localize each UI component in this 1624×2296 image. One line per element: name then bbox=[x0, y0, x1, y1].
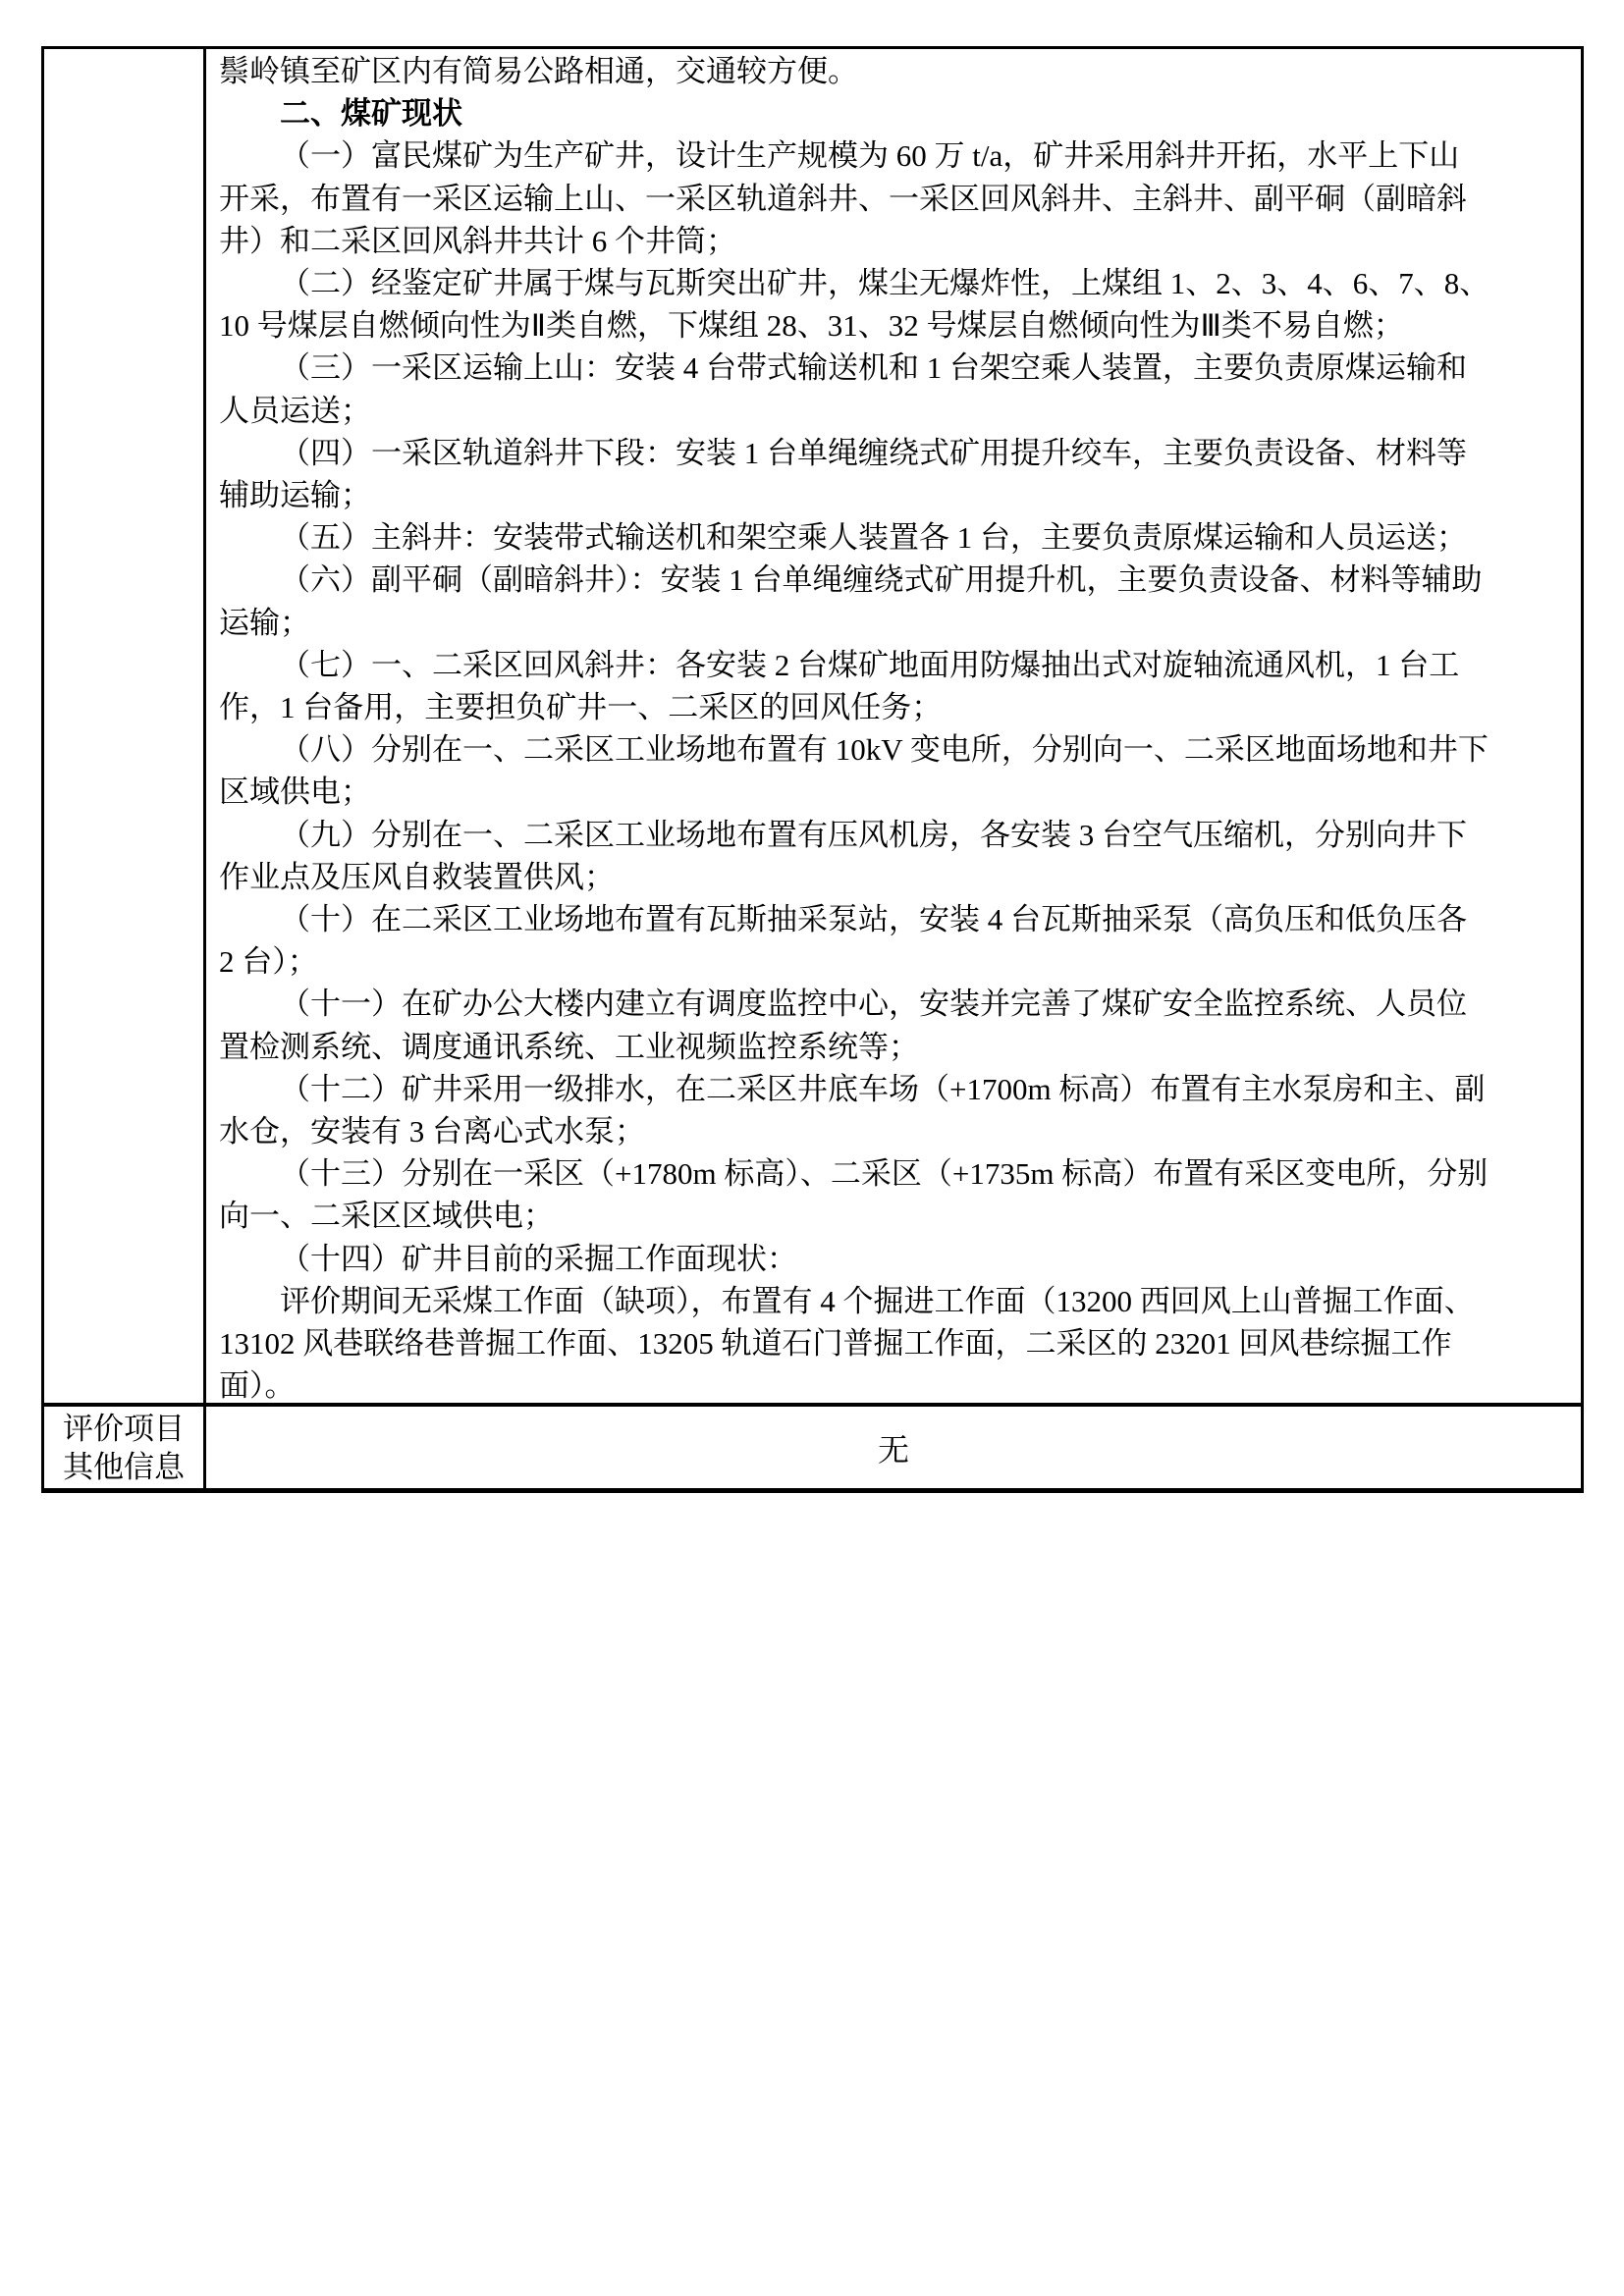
body-text-line: （十）在二采区工业场地布置有瓦斯抽采泵站，安装 4 台瓦斯抽采泵（高负压和低负压… bbox=[219, 898, 1573, 940]
other-info-label-line2: 其他信息 bbox=[63, 1448, 185, 1486]
body-text-line: （十四）矿井目前的采掘工作面现状： bbox=[219, 1238, 1573, 1280]
body-text-line: 作，1 台备用，主要担负矿井一、二采区的回风任务； bbox=[219, 686, 1573, 728]
body-text-lines: 鬃岭镇至矿区内有简易公路相通，交通较方便。二、煤矿现状（一）富民煤矿为生产矿井，… bbox=[219, 50, 1573, 1403]
body-text-line: 10 号煤层自燃倾向性为Ⅱ类自燃，下煤组 28、31、32 号煤层自燃倾向性为Ⅲ… bbox=[219, 304, 1573, 347]
other-info-row-header: 评价项目 其他信息 bbox=[44, 1407, 206, 1488]
body-text-line: 二、煤矿现状 bbox=[219, 92, 1573, 134]
mine-status-text-cell: 鬃岭镇至矿区内有简易公路相通，交通较方便。二、煤矿现状（一）富民煤矿为生产矿井，… bbox=[206, 49, 1581, 1403]
body-text-line: 辅助运输； bbox=[219, 474, 1573, 516]
body-text-line: 水仓，安装有 3 台离心式水泵； bbox=[219, 1110, 1573, 1152]
body-text-line: 评价期间无采煤工作面（缺项），布置有 4 个掘进工作面（13200 西回风上山普… bbox=[219, 1280, 1573, 1322]
mine-status-row: 鬃岭镇至矿区内有简易公路相通，交通较方便。二、煤矿现状（一）富民煤矿为生产矿井，… bbox=[44, 49, 1581, 1407]
body-text-line: （十二）矿井采用一级排水，在二采区井底车场（+1700m 标高）布置有主水泵房和… bbox=[219, 1068, 1573, 1110]
other-info-value-cell: 无 bbox=[206, 1407, 1581, 1488]
body-text-line: 开采，布置有一采区运输上山、一采区轨道斜井、一采区回风斜井、主斜井、副平硐（副暗… bbox=[219, 178, 1573, 220]
body-text-line: 13102 风巷联络巷普掘工作面、13205 轨道石门普掘工作面，二采区的 23… bbox=[219, 1322, 1573, 1364]
body-text-line: （三）一采区运输上山：安装 4 台带式输送机和 1 台架空乘人装置，主要负责原煤… bbox=[219, 347, 1573, 389]
body-text-line: 面）。 bbox=[219, 1364, 1573, 1403]
body-text-line: （五）主斜井：安装带式输送机和架空乘人装置各 1 台，主要负责原煤运输和人员运送… bbox=[219, 516, 1573, 559]
body-text-line: 区域供电； bbox=[219, 771, 1573, 813]
other-info-row: 评价项目 其他信息 无 bbox=[44, 1407, 1581, 1488]
body-text-line: （四）一采区轨道斜井下段：安装 1 台单绳缠绕式矿用提升绞车，主要负责设备、材料… bbox=[219, 432, 1573, 474]
body-text-line: 井）和二采区回风斜井共计 6 个井筒； bbox=[219, 220, 1573, 262]
body-text-line: 向一、二采区区域供电； bbox=[219, 1195, 1573, 1237]
body-text-line: （六）副平硐（副暗斜井）：安装 1 台单绳缠绕式矿用提升机，主要负责设备、材料等… bbox=[219, 559, 1573, 601]
body-text-line: （一）富民煤矿为生产矿井，设计生产规模为 60 万 t/a，矿井采用斜井开拓，水… bbox=[219, 134, 1573, 177]
body-text-line: （十三）分别在一采区（+1780m 标高）、二采区（+1735m 标高）布置有采… bbox=[219, 1152, 1573, 1195]
body-text-line: 人员运送； bbox=[219, 390, 1573, 432]
document-page: 鬃岭镇至矿区内有简易公路相通，交通较方便。二、煤矿现状（一）富民煤矿为生产矿井，… bbox=[0, 0, 1624, 2296]
body-text-line: 置检测系统、调度通讯系统、工业视频监控系统等； bbox=[219, 1026, 1573, 1068]
body-text-line: （二）经鉴定矿井属于煤与瓦斯突出矿井，煤尘无爆炸性，上煤组 1、2、3、4、6、… bbox=[219, 262, 1573, 304]
evaluation-table: 鬃岭镇至矿区内有简易公路相通，交通较方便。二、煤矿现状（一）富民煤矿为生产矿井，… bbox=[41, 46, 1584, 1493]
body-text-line: （十一）在矿办公大楼内建立有调度监控中心，安装并完善了煤矿安全监控系统、人员位 bbox=[219, 983, 1573, 1025]
body-text-line: 鬃岭镇至矿区内有简易公路相通，交通较方便。 bbox=[219, 50, 1573, 92]
mine-status-label-cell-empty bbox=[44, 49, 206, 1403]
other-info-label-line1: 评价项目 bbox=[63, 1410, 185, 1448]
body-text-line: （七）一、二采区回风斜井：各安装 2 台煤矿地面用防爆抽出式对旋轴流通风机，1 … bbox=[219, 644, 1573, 686]
body-text-line: 2 台）； bbox=[219, 940, 1573, 983]
body-text-line: （九）分别在一、二采区工业场地布置有压风机房，各安装 3 台空气压缩机，分别向井… bbox=[219, 814, 1573, 856]
body-text-line: （八）分别在一、二采区工业场地布置有 10kV 变电所，分别向一、二采区地面场地… bbox=[219, 728, 1573, 771]
other-info-value-text: 无 bbox=[878, 1425, 909, 1470]
body-text-line: 作业点及压风自救装置供风； bbox=[219, 856, 1573, 898]
body-text-line: 运输； bbox=[219, 602, 1573, 644]
